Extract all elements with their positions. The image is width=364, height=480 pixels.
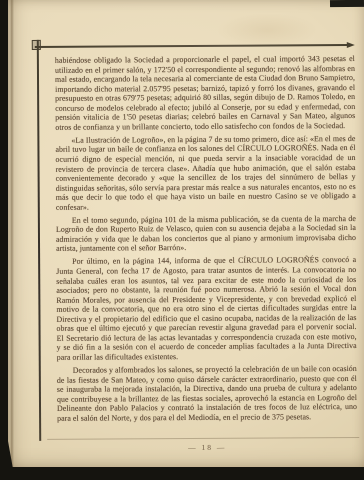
scanner-edge-left: [0, 0, 8, 480]
paragraph: Decorados y alfombrados los salones, se …: [57, 364, 357, 423]
frame-left-rule: [37, 40, 41, 441]
frame-bottom-rule: [47, 437, 359, 440]
scanner-edge-bottom: [0, 467, 364, 480]
page-number: — 18 —: [57, 442, 357, 453]
scanned-book-page: habiéndose obligado la Sociedad a propor…: [0, 0, 364, 480]
paragraph: En el tomo segundo, página 101 de la mis…: [56, 214, 356, 254]
frame-top-rule: [35, 44, 348, 48]
page-content: habiéndose obligado la Sociedad a propor…: [0, 0, 364, 480]
frame-top-rule-tip: [347, 42, 355, 48]
paragraph: habiéndose obligado la Sociedad a propor…: [55, 54, 355, 132]
paragraph: «La Ilustración de Logroño», en la págin…: [55, 134, 355, 212]
paragraph: Por último, en la página 144, informa de…: [56, 255, 357, 362]
body-text: habiéndose obligado la Sociedad a propor…: [55, 54, 357, 427]
